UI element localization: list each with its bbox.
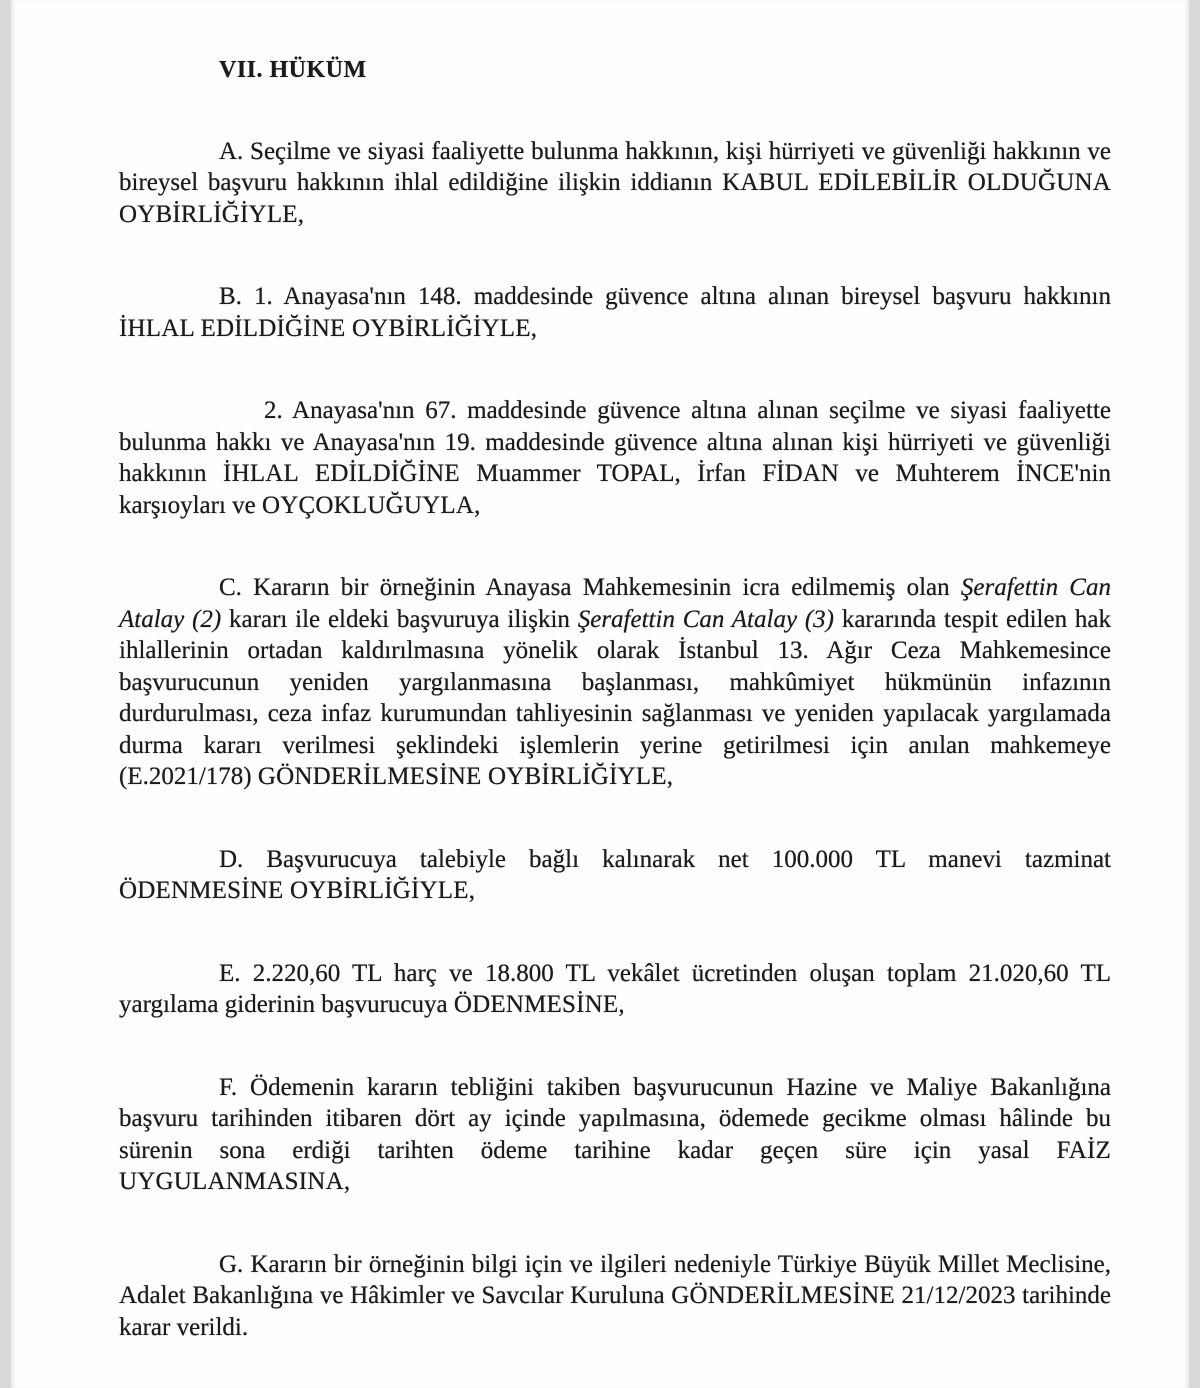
paragraph-e: E. 2.220,60 TL harç ve 18.800 TL vekâlet… [119,958,1111,1021]
ruling-document: VII. HÜKÜM A. Seçilme ve siyasi faaliyet… [119,55,1111,1343]
paragraph-verdict-tail: OYÇOKLUĞUYLA, [262,492,481,519]
paragraph-g: G. Kararın bir örneğinin bilgi için ve i… [119,1249,1111,1344]
paragraph-verdict: ÖDENMESİNE, [454,991,625,1018]
paragraph-f: F. Ödemenin kararın tebliğini takiben ba… [119,1072,1111,1198]
paragraph-d: D. Başvurucuya talebiyle bağlı kalınarak… [119,844,1111,907]
paragraph-text: D. Başvurucuya talebiyle bağlı kalınarak… [219,846,1111,873]
paragraph-text: F. Ödemenin kararın tebliğini takiben ba… [119,1074,1111,1164]
document-page: VII. HÜKÜM A. Seçilme ve siyasi faaliyet… [11,0,1189,1388]
paragraph-verdict: İHLAL EDİLDİĞİNE OYBİRLİĞİYLE, [119,315,537,342]
section-heading: VII. HÜKÜM [219,55,1111,87]
paragraph-verdict: ÖDENMESİNE OYBİRLİĞİYLE, [119,877,475,904]
case-citation: Şerafettin Can Atalay (3) [578,606,834,633]
paragraph-c: C. Kararın bir örneğinin Anayasa Mahkeme… [119,572,1111,793]
paragraph-a: A. Seçilme ve siyasi faaliyette bulunma … [119,136,1111,231]
paragraph-text: kararı ile eldeki başvuruya ilişkin [221,606,578,633]
paragraph-verdict: GÖNDERİLMESİNE OYBİRLİĞİYLE, [258,763,673,790]
paragraph-verdict: GÖNDERİLMESİNE [671,1282,895,1309]
paragraph-text: C. Kararın bir örneğinin Anayasa Mahkeme… [219,574,961,601]
paragraph-b1: B. 1. Anayasa'nın 148. maddesinde güvenc… [119,281,1111,344]
paragraph-b2: 2. Anayasa'nın 67. maddesinde güvence al… [119,395,1111,521]
paragraph-text: B. 1. Anayasa'nın 148. maddesinde güvenc… [219,283,1111,310]
paragraph-verdict: İHLAL EDİLDİĞİNE [223,460,460,487]
